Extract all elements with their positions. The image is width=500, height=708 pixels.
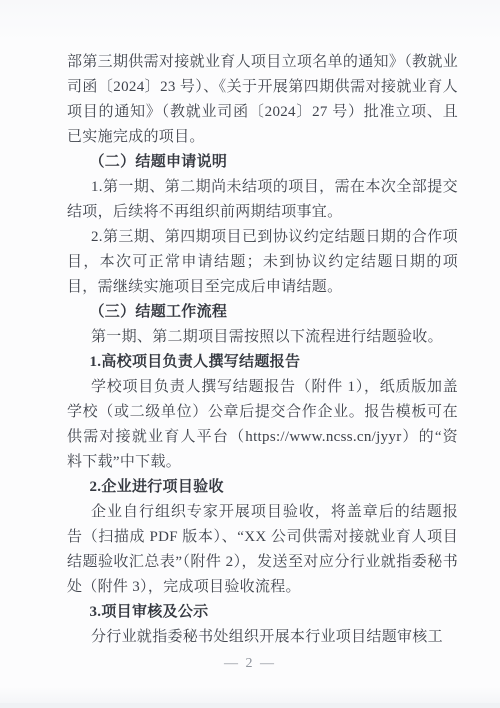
doc-heading-step-2: 2.企业进行项目验收 [67,475,458,500]
doc-paragraph: 学校项目负责人撰写结题报告（附件 1），纸质版加盖学校（或二级单位）公章后提交合… [67,375,458,475]
document-body: 部第三期供需对接就业育人项目立项名单的通知》（教就业司函〔2024〕23 号）、… [67,50,458,650]
doc-heading-step-1: 1.高校项目负责人撰写结题报告 [67,350,458,375]
scanned-document-page: 部第三期供需对接就业育人项目立项名单的通知》（教就业司函〔2024〕23 号）、… [0,0,500,708]
doc-paragraph: 分行业就指委秘书处组织开展本行业项目结题审核工 [67,625,458,650]
doc-paragraph: 2.第三期、第四期项目已到协议约定结题日期的合作项目，本次可正常申请结题；未到协… [67,225,458,300]
doc-heading-section-3: （三）结题工作流程 [67,300,458,325]
page-number: — 2 — [0,656,500,672]
doc-heading-step-3: 3.项目审核及公示 [67,600,458,625]
doc-paragraph: 1.第一期、第二期尚未结项的项目，需在本次全部提交结项，后续将不再组织前两期结项… [67,175,458,225]
doc-paragraph: 企业自行组织专家开展项目验收，将盖章后的结题报告（扫描成 PDF 版本）、“XX… [67,500,458,600]
doc-heading-section-2: （二）结题申请说明 [67,150,458,175]
doc-paragraph-continued: 部第三期供需对接就业育人项目立项名单的通知》（教就业司函〔2024〕23 号）、… [67,50,458,150]
page-bottom-edge [0,703,500,708]
doc-paragraph: 第一期、第二期项目需按照以下流程进行结题验收。 [67,325,458,350]
